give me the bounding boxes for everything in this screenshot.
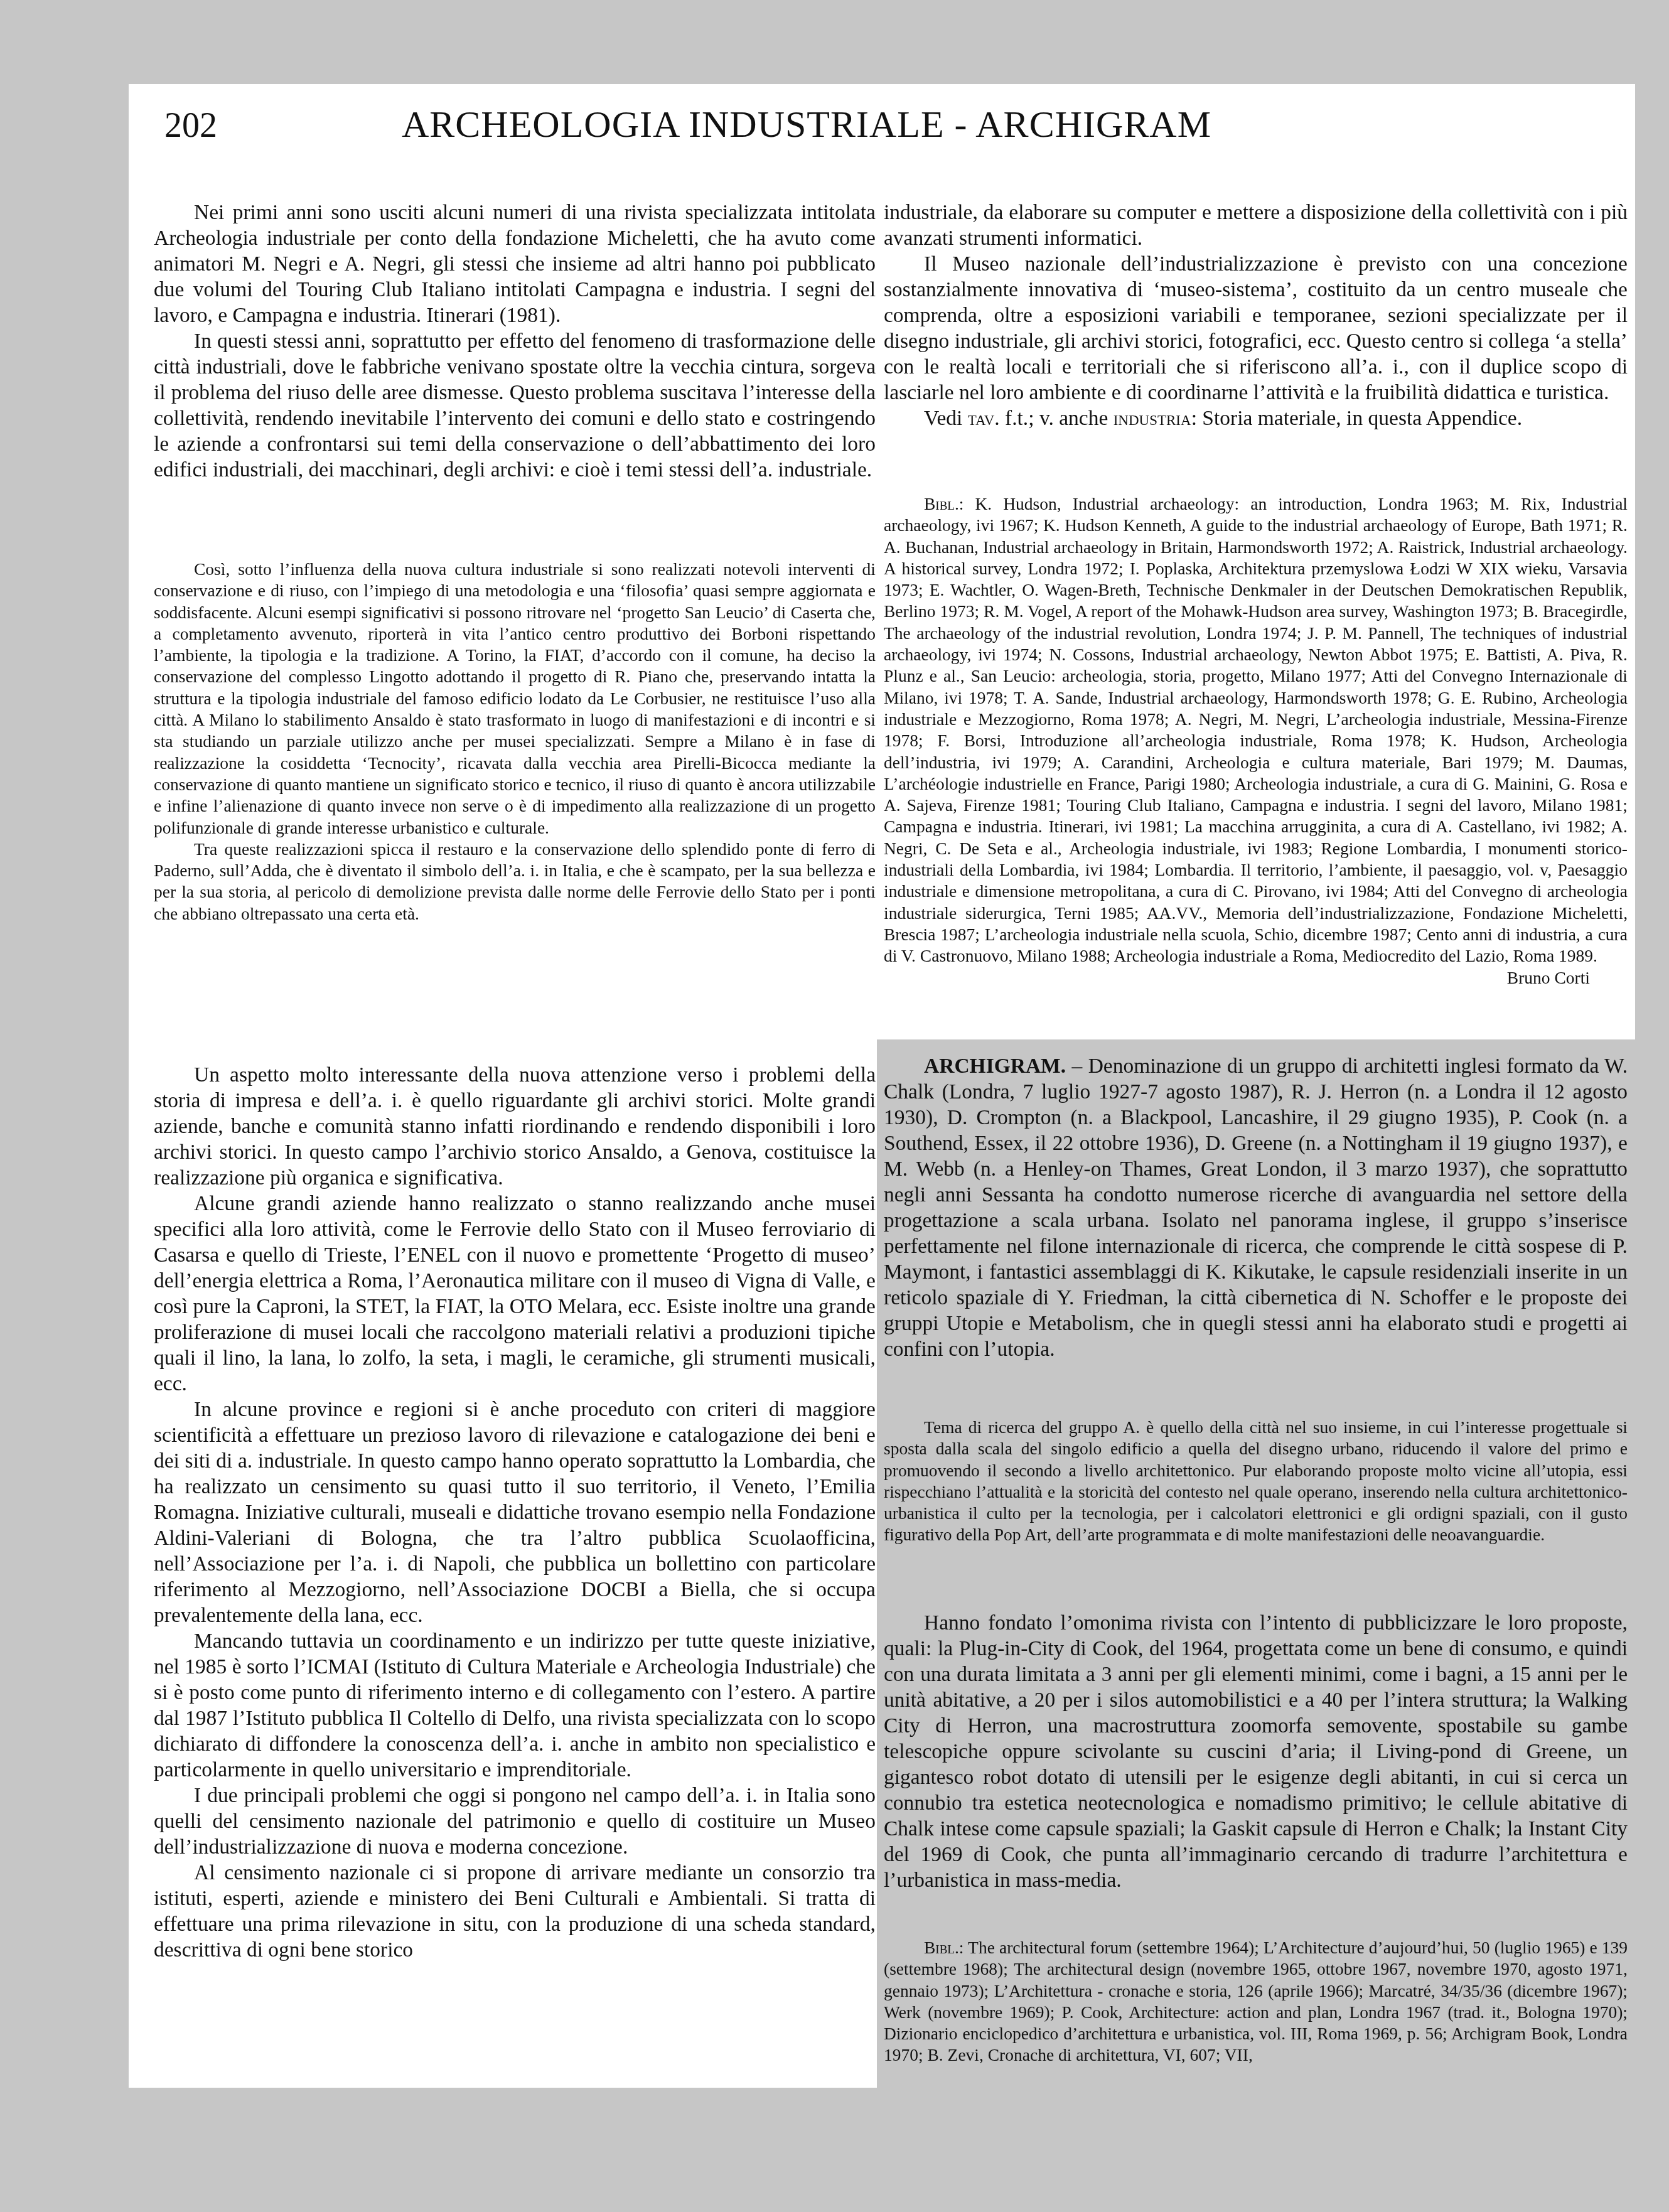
paragraph: In questi stessi anni, soprattutto per e…: [154, 328, 876, 483]
paragraph: Al censimento nazionale ci si propone di…: [154, 1860, 876, 1963]
paragraph: ARCHIGRAM. – Denominazione di un gruppo …: [884, 1053, 1628, 1362]
cross-reference-tav: tav.: [968, 407, 1000, 430]
running-title: ARCHEOLOGIA INDUSTRIALE - ARCHIGRAM: [402, 102, 1211, 147]
paragraph: Hanno fondato l’omonima rivista con l’in…: [884, 1610, 1628, 1893]
archigram-magazine-projects: Hanno fondato l’omonima rivista con l’in…: [884, 1610, 1628, 1893]
archeologia-intro-section: Nei primi anni sono usciti alcuni numeri…: [154, 200, 876, 483]
bibliography-label: Bibl.: [924, 1938, 959, 1957]
archeologia-examples-section: Così, sotto l’influenza della nuova cult…: [154, 559, 876, 925]
cross-reference-industria: industria: [1114, 407, 1191, 430]
entry-headword: ARCHIGRAM.: [924, 1055, 1066, 1078]
archeologia-body-section: Un aspetto molto interessante della nuov…: [154, 1062, 876, 1963]
paragraph: Mancando tuttavia un coordinamento e un …: [154, 1628, 876, 1783]
archigram-research-theme: Tema di ricerca del gruppo A. è quello d…: [884, 1417, 1628, 1546]
paragraph: Nei primi anni sono usciti alcuni numeri…: [154, 200, 876, 328]
paragraph: Un aspetto molto interessante della nuov…: [154, 1062, 876, 1191]
archigram-bibliography: Bibl.: The architectural forum (settembr…: [884, 1937, 1628, 2066]
paragraph: In alcune province e regioni si è anche …: [154, 1397, 876, 1628]
paragraph-continuation: industriale, da elaborare su computer e …: [884, 200, 1628, 251]
paragraph: Tra queste realizzazioni spicca il resta…: [154, 839, 876, 925]
paragraph: Il Museo nazionale dell’industrializzazi…: [884, 251, 1628, 405]
paragraph: I due principali problemi che oggi si po…: [154, 1783, 876, 1860]
archeologia-continuation-section: industriale, da elaborare su computer e …: [884, 200, 1628, 431]
archeologia-bibliography: Bibl.: K. Hudson, Industrial archaeology…: [884, 493, 1628, 989]
author-signature: Bruno Corti: [884, 967, 1628, 989]
paragraph: Così, sotto l’influenza della nuova cult…: [154, 559, 876, 839]
paragraph: Alcune grandi aziende hanno realizzato o…: [154, 1191, 876, 1397]
page-number: 202: [164, 105, 217, 146]
bibliography-text: Bibl.: K. Hudson, Industrial archaeology…: [884, 493, 1628, 967]
bibliography-label: Bibl.: [924, 494, 959, 513]
archigram-entry-intro: ARCHIGRAM. – Denominazione di un gruppo …: [884, 1053, 1628, 1362]
bibliography-text: Bibl.: The architectural forum (settembr…: [884, 1937, 1628, 2066]
paragraph: Tema di ricerca del gruppo A. è quello d…: [884, 1417, 1628, 1546]
see-also-reference: Vedi tav. f.t.; v. anche industria: Stor…: [884, 405, 1628, 431]
